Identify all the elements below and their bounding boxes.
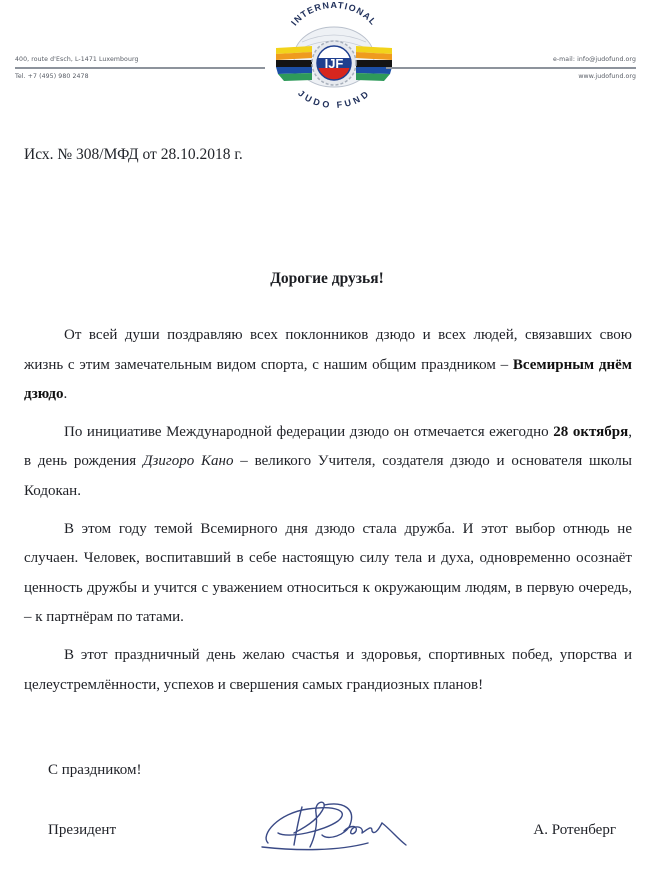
letterhead: 400, route d'Esch, L-1471 Luxembourg Tel…: [0, 0, 654, 120]
text-segment: По инициативе Международной федерации дз…: [64, 424, 553, 440]
text-segment-bold: 28 октября: [553, 424, 628, 440]
text-segment: В этот праздничный день желаю счастья и …: [24, 647, 632, 693]
closing-line: С праздником!: [48, 762, 142, 779]
logo-top-text: INTERNATIONAL: [289, 2, 379, 28]
handwritten-signature: [258, 795, 438, 855]
outgoing-reference: Исх. № 308/МФД от 28.10.2018 г.: [24, 146, 243, 164]
paragraph-theme: В этом году темой Всемирного дня дзюдо с…: [24, 515, 632, 633]
text-segment: В этом году темой Всемирного дня дзюдо с…: [24, 521, 632, 626]
website-text: www.judofund.org: [386, 73, 636, 81]
letter-body: От всей души поздравляю всех поклонников…: [24, 321, 632, 708]
paragraph-history: По инициативе Международной федерации дз…: [24, 418, 632, 507]
text-segment: .: [64, 386, 68, 402]
letterhead-contact-right: e-mail: info@judofund.org www.judofund.o…: [386, 56, 636, 81]
text-segment-italic: Дзигоро Кано: [143, 453, 233, 469]
email-text: e-mail: info@judofund.org: [386, 56, 636, 64]
ijf-judo-fund-logo: IJF INTERNATIONAL JUDO FUND: [268, 2, 400, 114]
paragraph-greeting: От всей души поздравляю всех поклонников…: [24, 321, 632, 410]
salutation-heading: Дорогие друзья!: [0, 270, 654, 288]
signer-name: А. Ротенберг: [533, 822, 616, 839]
address-text: 400, route d'Esch, L-1471 Luxembourg: [15, 56, 265, 64]
letterhead-rule-right: [386, 67, 636, 69]
paragraph-wishes: В этот праздничный день желаю счастья и …: [24, 641, 632, 700]
phone-text: Tel. +7 (495) 980 2478: [15, 73, 265, 81]
letterhead-rule-left: [15, 67, 265, 69]
logo-center-text: IJF: [325, 56, 344, 71]
letterhead-contact-left: 400, route d'Esch, L-1471 Luxembourg Tel…: [15, 56, 265, 81]
signer-title: Президент: [48, 822, 116, 839]
logo-bottom-text: JUDO FUND: [296, 88, 371, 110]
